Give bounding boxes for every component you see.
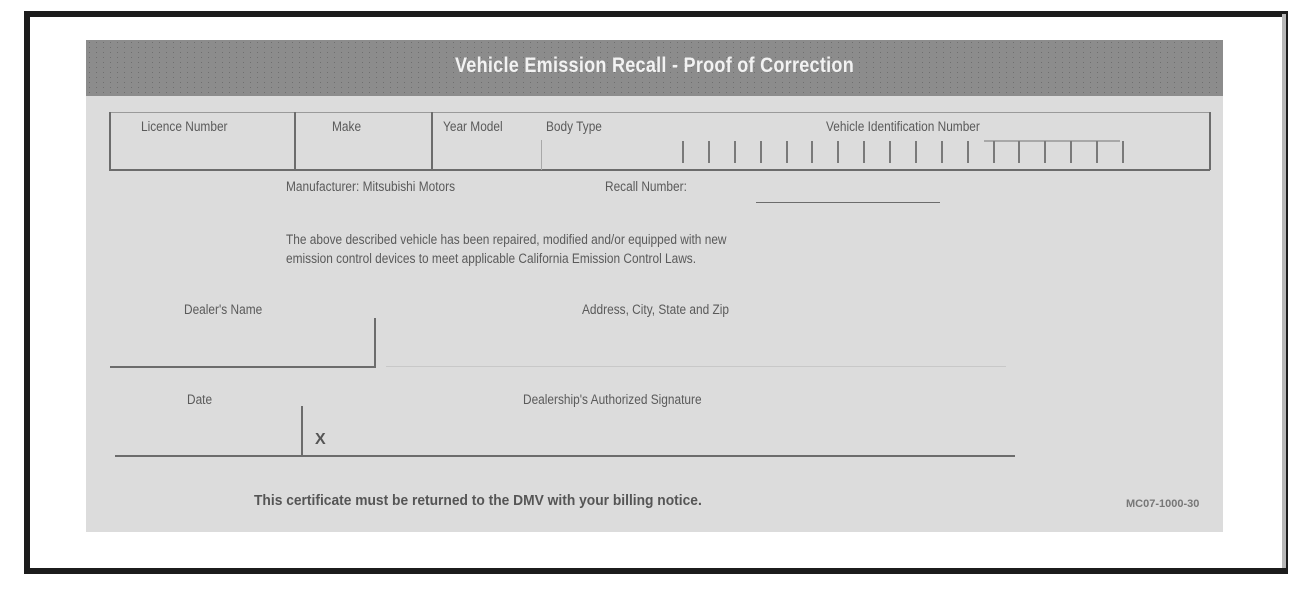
footer-note: This certificate must be returned to the… — [254, 492, 702, 509]
vin-box-divider — [734, 141, 736, 163]
vin-box-divider — [915, 141, 917, 163]
vin-box-divider — [941, 141, 943, 163]
body-type-field[interactable]: Body Type — [546, 119, 602, 134]
vin-box-divider — [760, 141, 762, 163]
form-title: Vehicle Emission Recall - Proof of Corre… — [166, 54, 1144, 78]
signature-x-mark: X — [315, 431, 326, 449]
date-divider — [301, 406, 303, 456]
vin-box-divider — [786, 141, 788, 163]
date-signature-input-line[interactable] — [115, 455, 1015, 457]
vin-field[interactable] — [676, 140, 1126, 170]
statement-line-1: The above described vehicle has been rep… — [286, 232, 727, 247]
vin-box-divider — [708, 141, 710, 163]
vin-box-divider — [1018, 141, 1020, 163]
vin-box-divider — [1044, 141, 1046, 163]
vin-box-divider — [811, 141, 813, 163]
vin-box-divider — [1122, 141, 1124, 163]
vin-boxes-top — [984, 140, 1120, 142]
make-field[interactable]: Make — [332, 119, 361, 134]
dealer-name-divider — [374, 318, 376, 366]
address-label: Address, City, State and Zip — [582, 302, 729, 317]
table-top-border — [109, 112, 1210, 113]
table-left-border — [109, 112, 111, 170]
statement-line-2: emission control devices to meet applica… — [286, 251, 696, 266]
vin-box-divider — [837, 141, 839, 163]
dealer-name-label: Dealer's Name — [184, 302, 262, 317]
vin-box-divider — [1070, 141, 1072, 163]
dealer-name-input-line[interactable] — [110, 366, 376, 368]
vin-box-divider — [889, 141, 891, 163]
licence-number-field[interactable]: Licence Number — [141, 119, 228, 134]
divider-licence-make — [294, 112, 296, 170]
recall-form: Vehicle Emission Recall - Proof of Corre… — [86, 40, 1223, 532]
vin-label: Vehicle Identification Number — [826, 119, 980, 134]
divider-year-body — [541, 140, 542, 170]
form-code: MC07-1000-30 — [1126, 498, 1199, 510]
vin-box-divider — [682, 141, 684, 163]
year-model-field[interactable]: Year Model — [443, 119, 503, 134]
frame-shadow — [1282, 14, 1286, 568]
vin-box-divider — [863, 141, 865, 163]
table-right-border — [1209, 112, 1211, 170]
divider-make-year — [431, 112, 433, 170]
vin-box-divider — [967, 141, 969, 163]
recall-number-input-line[interactable] — [756, 202, 940, 203]
address-input-line[interactable] — [386, 366, 1006, 367]
signature-label: Dealership's Authorized Signature — [523, 392, 702, 407]
vin-box-divider — [1096, 141, 1098, 163]
vin-box-divider — [993, 141, 995, 163]
manufacturer-label: Manufacturer: Mitsubishi Motors — [286, 179, 455, 194]
date-label: Date — [187, 392, 212, 407]
form-header-band: Vehicle Emission Recall - Proof of Corre… — [86, 40, 1223, 96]
recall-number-label: Recall Number: — [605, 179, 687, 194]
